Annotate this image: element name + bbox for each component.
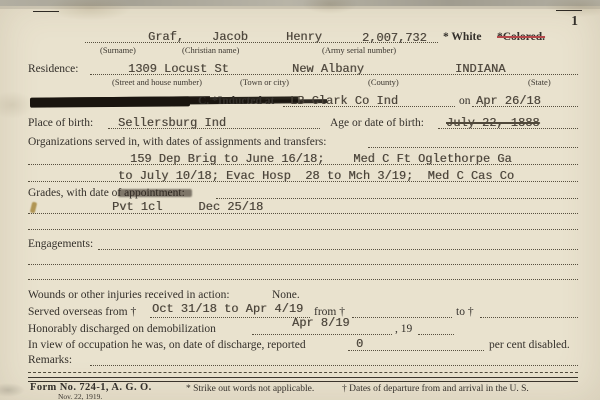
grades-entry-rule — [28, 213, 578, 214]
overseas-rule-3 — [480, 317, 578, 318]
disability-suffix: per cent disabled. — [489, 339, 570, 351]
birth-place-label: Place of birth: — [28, 117, 93, 129]
blank-rule-3 — [28, 279, 578, 280]
residence-label: Residence: — [28, 63, 78, 75]
service-record-card: 1 Graf, Jacob Henry 2,007,732 * White *C… — [0, 0, 600, 400]
remarks-rule — [90, 365, 578, 366]
inducted-date-value: Apr 26/18 — [476, 94, 541, 108]
grades-rule — [216, 198, 578, 199]
town-label: (Town or city) — [240, 77, 289, 87]
organizations-line2-value: to July 10/18; Evac Hosp 28 to Mch 3/19;… — [118, 169, 514, 183]
christian-name-label: (Christian name) — [182, 45, 239, 55]
page-number: 1 — [571, 13, 578, 29]
overseas-rule-1 — [150, 317, 310, 318]
residence-street-value: 1309 Locust St — [128, 62, 229, 76]
blank-rule-2 — [28, 264, 578, 265]
race-colored-option: *Colored. — [497, 31, 545, 43]
blank-rule-1 — [28, 229, 578, 230]
margin-ink-mark — [30, 202, 38, 214]
overseas-to-label: to † — [456, 306, 474, 318]
pre-footer-rule — [28, 372, 578, 373]
organizations-line1-value: 159 Dep Brig to June 16/18; Med C Ft Ogl… — [130, 152, 512, 166]
organizations-rule — [368, 147, 578, 148]
residence-state-value: INDIANA — [455, 62, 505, 76]
engagements-label: Engagements: — [28, 238, 93, 250]
corner-dash-left — [33, 11, 59, 12]
overseas-dates-value: Oct 31/18 to Apr 4/19 — [152, 302, 303, 316]
disability-label: In view of occupation he was, on date of… — [28, 339, 306, 351]
serial-number-label: (Army serial number) — [322, 45, 396, 55]
discharge-year-prefix: , 19 — [395, 323, 412, 335]
engagements-rule — [98, 249, 578, 250]
wounds-label: Wounds or other injuries received in act… — [28, 289, 230, 301]
discharge-rule — [252, 334, 392, 335]
surname-value: Graf, — [148, 30, 184, 44]
discharge-label: Honorably discharged on demobilization — [28, 323, 216, 335]
inducted-on-label: on — [459, 95, 471, 107]
discharge-date-value: Apr 8/19 — [292, 316, 350, 330]
middle-name-value: Henry — [286, 30, 322, 44]
overseas-rule-2 — [352, 317, 452, 318]
grades-label-overtype-smudge — [118, 189, 192, 197]
redacted-remnant: C. — [198, 95, 209, 107]
inducted-place-value: LB Clark Co Ind — [290, 94, 398, 108]
surname-label: (Surname) — [100, 45, 136, 55]
disability-value: 0 — [356, 337, 363, 351]
wounds-value: None. — [272, 289, 300, 301]
discharge-year-rule — [418, 334, 454, 335]
form-date: Nov. 22, 1919. — [58, 392, 102, 400]
scan-edge-artifact-2 — [0, 6, 600, 9]
county-label: (County) — [368, 77, 399, 87]
race-white-option: * White — [443, 31, 481, 43]
birth-place-value: Sellersburg Ind — [118, 116, 226, 130]
street-label: (Street and house number) — [112, 77, 202, 87]
footnote-dagger: † Dates of departure from and arrival in… — [342, 384, 529, 394]
serial-number-value: 2,007,732 — [362, 31, 427, 45]
footnote-strike-out: * Strike out words not applicable. — [186, 384, 314, 394]
grades-entry-value: Pvt 1cl Dec 25/18 — [112, 200, 263, 214]
redacted-enlisted-text — [30, 96, 190, 107]
remarks-label: Remarks: — [28, 354, 72, 366]
christian-name-value: Jacob — [212, 30, 248, 44]
residence-town-value: New Albany — [292, 62, 364, 76]
disability-rule — [348, 350, 484, 351]
inducted-label: *Inducted at — [212, 95, 274, 107]
birth-date-value: July 22, 1888 — [446, 116, 540, 130]
state-label: (State) — [528, 77, 551, 87]
corner-dash-right — [556, 10, 582, 11]
overseas-label: Served overseas from † — [28, 306, 136, 318]
organizations-label: Organizations served in, with dates of a… — [28, 136, 326, 148]
birth-date-label: Age or date of birth: — [330, 117, 424, 129]
